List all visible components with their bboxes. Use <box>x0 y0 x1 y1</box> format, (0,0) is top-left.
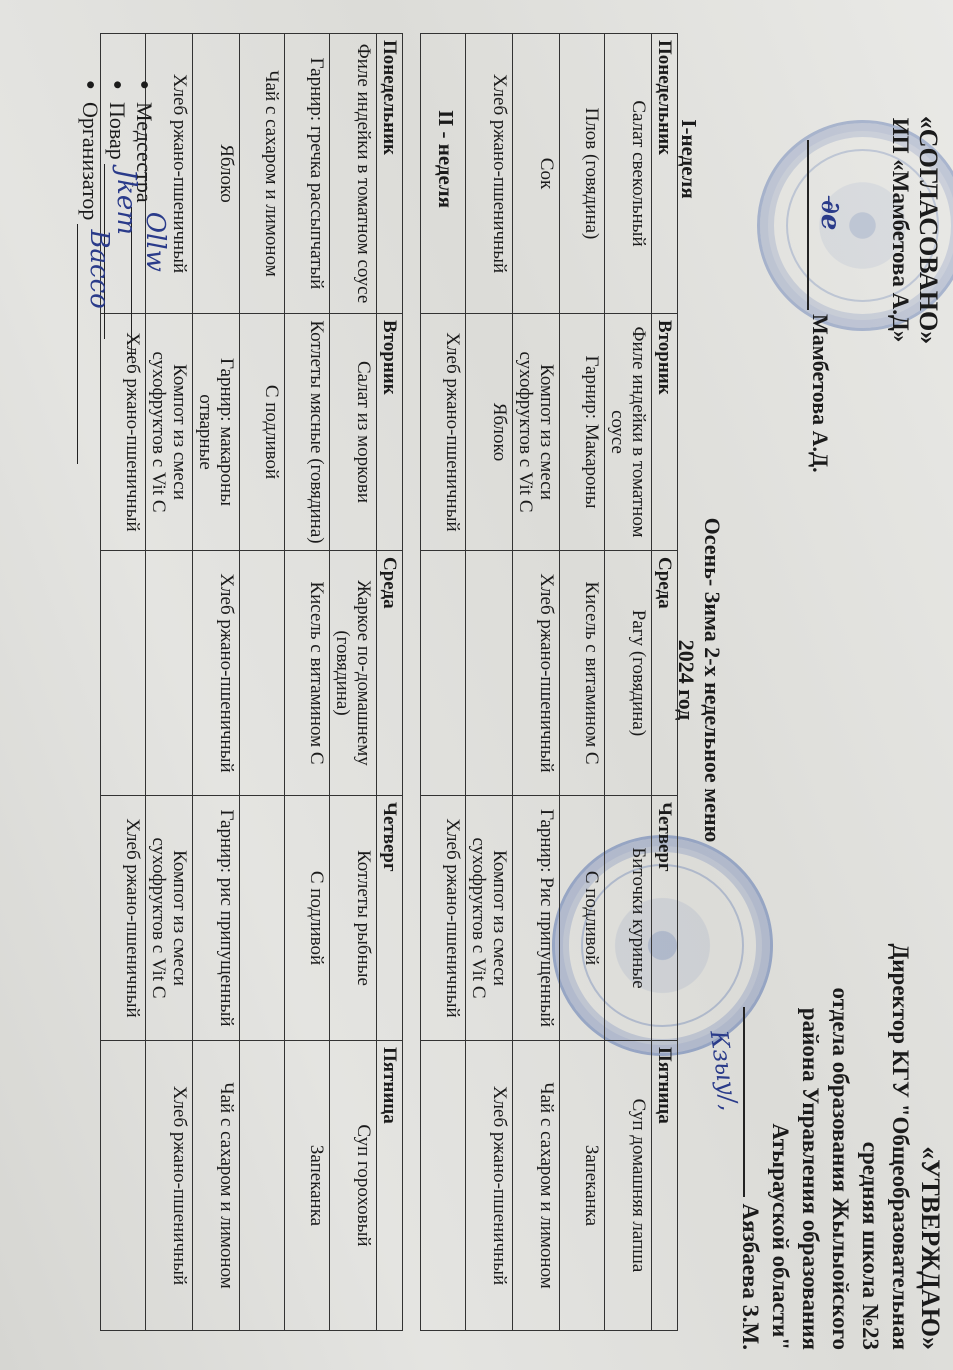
agreed-organization: ИП «Мамбетова А.Д» <box>887 60 913 400</box>
agreed-signatory: Мамбетова А.Д. <box>807 314 833 473</box>
approved-line: Директор КГУ "Общеобразовательная <box>885 900 915 1350</box>
menu-cell: Компот из смеси сухофруктов с Vit C <box>466 796 513 1041</box>
menu-cell: Компот из смеси сухофруктов с Vit C <box>513 314 560 551</box>
signature-icon: Ollw <box>141 212 168 272</box>
menu-title-line: Осень- Зима 2-х недельное меню <box>699 450 725 910</box>
table-row: Филе индейки в томатном соусеСалат из мо… <box>330 34 377 1331</box>
menu-cell: Компот из смеси сухофруктов с Vit C <box>146 796 193 1041</box>
staff-role: Повар <box>104 102 131 160</box>
menu-cell: Гарнир: Макароны <box>560 314 605 551</box>
menu-cell: Биточки куриные <box>605 796 652 1041</box>
menu-document-page: «СОГЛАСОВАНО» ИП «Мамбетова А.Д» ∂̶e Мам… <box>0 0 953 1370</box>
table-header-row: ПонедельникВторникСредаЧетвергПятница <box>377 34 403 1331</box>
menu-cell: Яблоко <box>193 34 240 314</box>
menu-cell: Хлеб ржано-пшеничный <box>193 551 240 796</box>
menu-cell: Салат из моркови <box>330 314 377 551</box>
menu-cell: Кисель с витамином С <box>285 551 330 796</box>
menu-cell: Запеканка <box>285 1041 330 1331</box>
menu-cell: Яблоко <box>466 314 513 551</box>
day-header: Понедельник <box>377 34 403 314</box>
approved-line: средняя школа №23 <box>855 900 885 1350</box>
menu-cell: Хлеб ржано-пшеничный <box>421 314 466 551</box>
staff-row-organizer: ●ОрганизаторBacco <box>77 80 104 464</box>
menu-cell: Хлеб ржано-пшеничный <box>146 1041 193 1331</box>
menu-cell: Жаркое по-домашнему (говядина) <box>330 551 377 796</box>
table-row: Салат свекольныйФиле индейки в томатном … <box>605 34 652 1331</box>
day-header: Среда <box>377 551 403 796</box>
bullet-icon: ● <box>77 80 104 102</box>
menu-cell: Котлеты мясные (говядина) <box>285 314 330 551</box>
approved-line: района Управления образования <box>795 900 825 1350</box>
menu-cell: Гарнир: макароны отварные <box>193 314 240 551</box>
menu-cell <box>240 796 285 1041</box>
table-row: Плов (говядина)Гарнир: МакароныКисель с … <box>560 34 605 1331</box>
menu-cell: Филе индейки в томатном соусе <box>330 34 377 314</box>
menu-cell: Чай с сахаром и лимоном <box>193 1041 240 1331</box>
table-row: Гарнир: гречка рассыпчатыйКотлеты мясные… <box>285 34 330 1331</box>
day-header: Среда <box>652 551 678 796</box>
day-header: Пятница <box>652 1041 678 1331</box>
menu-cell <box>101 551 146 796</box>
menu-cell: Гарнир: гречка рассыпчатый <box>285 34 330 314</box>
menu-cell <box>240 551 285 796</box>
menu-cell: С подливой <box>240 314 285 551</box>
signature-icon: Bacco <box>85 229 112 308</box>
menu-cell: Сок <box>513 34 560 314</box>
agreed-signature-line: ∂̶e Мамбетова А.Д. <box>807 140 835 473</box>
menu-cell <box>421 1041 466 1331</box>
menu-cell: Котлеты рыбные <box>330 796 377 1041</box>
day-header: Вторник <box>652 314 678 551</box>
menu-title: Осень- Зима 2-х недельное меню 2024 год <box>673 450 725 910</box>
signature-icon: ∂̶e <box>815 200 845 230</box>
menu-cell <box>101 1041 146 1331</box>
table-row: ЯблокоГарнир: макароны отварныеХлеб ржан… <box>193 34 240 1331</box>
day-header: Понедельник <box>652 34 678 314</box>
approved-line: отдела образования Жылыойского <box>825 900 855 1350</box>
approved-line: Атырауской области" <box>765 900 795 1350</box>
menu-cell: Хлеб ржано-пшеничный <box>101 796 146 1041</box>
day-header: Вторник <box>377 314 403 551</box>
menu-cell: Филе индейки в томатном соусе <box>605 314 652 551</box>
week-2-label: II - неделя <box>433 34 458 284</box>
week-1-label: I-неделя <box>676 34 701 284</box>
menu-cell <box>466 551 513 796</box>
menu-cell: С подливой <box>560 796 605 1041</box>
signature-field <box>743 1007 745 1197</box>
approved-signatory: Аязбаева З.М. <box>738 1203 763 1350</box>
menu-cell: Чай с сахаром и лимоном <box>240 34 285 314</box>
menu-cell: Кисель с витамином С <box>560 551 605 796</box>
menu-cell: Суп домашняя лапша <box>605 1041 652 1331</box>
week-1-menu-table: ПонедельникВторникСредаЧетвергПятница Са… <box>420 33 678 1331</box>
menu-cell: Суп гороховый <box>330 1041 377 1331</box>
day-header: Четверг <box>377 796 403 1041</box>
staff-row-nurse: ●МедсестраOllw <box>131 80 158 464</box>
staff-role: Организатор <box>77 102 104 220</box>
table-header-row: ПонедельникВторникСредаЧетвергПятница <box>652 34 678 1331</box>
menu-cell: Чай с сахаром и лимоном <box>513 1041 560 1331</box>
menu-cell <box>146 551 193 796</box>
menu-cell <box>421 551 466 796</box>
menu-cell: Хлеб ржано-пшеничный <box>513 551 560 796</box>
menu-cell: Хлеб ржано-пшеничный <box>421 796 466 1041</box>
table-row: СокКомпот из смеси сухофруктов с Vit CХл… <box>513 34 560 1331</box>
bullet-icon: ● <box>104 80 131 102</box>
approved-heading: «УТВЕРЖДАЮ» <box>915 900 945 1350</box>
staff-signatures: ●МедсестраOllw ●ПоварJkem ●ОрганизаторBa… <box>77 80 158 464</box>
approved-signature-line: Аязбаева З.М. <box>735 900 765 1350</box>
menu-cell: Рагу (говядина) <box>605 551 652 796</box>
menu-cell: Хлеб ржано-пшеничный <box>466 34 513 314</box>
menu-cell: Гарнир: рис припущенный <box>193 796 240 1041</box>
table-row: Хлеб ржано-пшеничныйЯблокоКомпот из смес… <box>466 34 513 1331</box>
day-header: Пятница <box>377 1041 403 1331</box>
menu-cell: Хлеб ржано-пшеничный <box>466 1041 513 1331</box>
signature-field: Bacco <box>77 224 100 464</box>
agreed-heading: «СОГЛАСОВАНО» <box>913 60 943 400</box>
menu-cell: Запеканка <box>560 1041 605 1331</box>
signature-icon: Jkem <box>112 169 139 235</box>
bullet-icon: ● <box>131 80 158 102</box>
menu-cell <box>240 1041 285 1331</box>
table-row: Чай с сахаром и лимономС подливой <box>240 34 285 1331</box>
approval-agreed-block: «СОГЛАСОВАНО» ИП «Мамбетова А.Д» <box>887 60 943 400</box>
day-header: Четверг <box>652 796 678 1041</box>
signature-field: ∂̶e <box>807 140 835 310</box>
menu-cell: Плов (говядина) <box>560 34 605 314</box>
approval-approved-block: «УТВЕРЖДАЮ» Директор КГУ "Общеобразовате… <box>735 900 945 1350</box>
menu-cell: Салат свекольный <box>605 34 652 314</box>
menu-cell: С подливой <box>285 796 330 1041</box>
menu-cell: Гарнир: Рис припущенный <box>513 796 560 1041</box>
